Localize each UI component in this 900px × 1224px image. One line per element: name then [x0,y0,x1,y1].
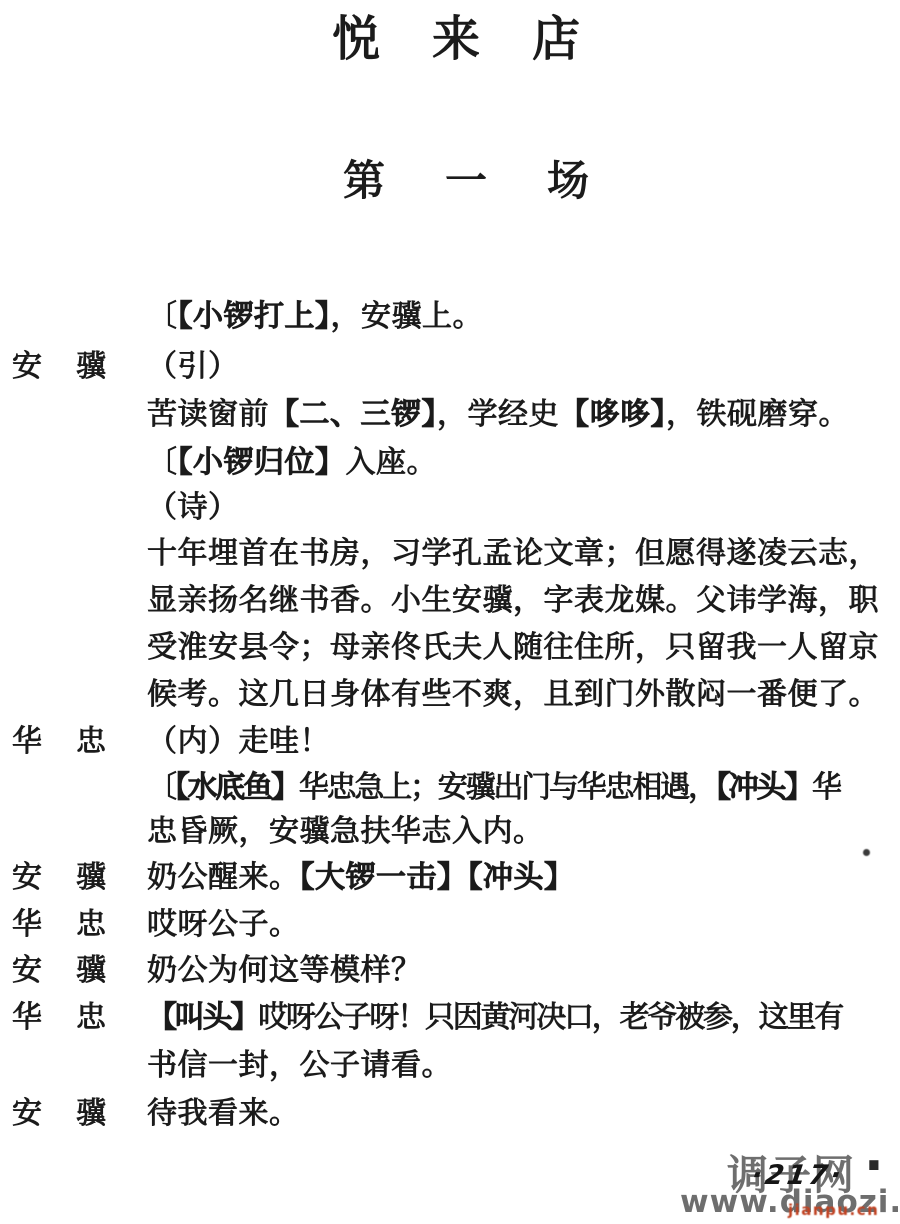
dialogue-line: 书信一封，公子请看。 [147,1049,452,1083]
line-text: 候考。这几日身体有些不爽，且到门外散闷一番便了。 [147,677,879,712]
stage-direction-line: 忠昏厥，安骥急扶华志入内。 [147,815,544,849]
percussion-notation: 【叫头】 [147,1000,258,1035]
dialogue-line: 安骥奶公醒来。【大锣一击】【冲头】 [147,861,575,895]
verse-line: 受淮安县令；母亲佟氏夫人随往住所，只留我一人留京 [147,631,879,665]
verse-line: 候考。这几日身体有些不爽，且到门外散闷一番便了。 [147,678,879,712]
line-text: 苦读窗前 [147,397,269,432]
line-text: ，学经史 [437,397,559,432]
line-text: （内）走哇！ [147,724,330,759]
speaker-name: 华忠 [12,725,140,759]
watermark-red-fragment: jianpu.cn [788,1201,879,1219]
dialogue-line: （诗） [147,491,239,525]
percussion-notation: 【哆哆】 [559,397,666,432]
line-text: 〔 [147,299,178,334]
stage-direction-line: 〔【水底鱼】华忠急上；安骥出门与华忠相遇，【冲头】华 [147,771,840,805]
stage-direction-line: 〔【小锣打上】，安骥上。 [147,300,483,334]
line-text: 受淮安县令；母亲佟氏夫人随往住所，只留我一人留京 [147,630,879,665]
line-text: （引） [147,349,239,384]
line-text: 〔 [147,445,178,480]
percussion-notation: 【小锣打上】 [178,299,331,334]
line-text: 奶公为何这等模样？ [147,953,422,988]
dialogue-line: 华忠【叫头】哎呀公子呀！只因黄河决口，老爷被参，这里有 [147,1001,842,1035]
percussion-notation: 【水底鱼】 [175,770,299,805]
speaker-name: 华忠 [12,1001,140,1035]
percussion-notation: 【二、三锣】 [269,397,437,432]
page-title: 悦来店 [6,0,900,69]
ink-speck [863,849,870,856]
line-text: 华 [812,770,840,805]
line-text: （诗） [147,490,239,525]
dialogue-line: 华忠（内）走哇！ [147,725,330,759]
line-text: 哎呀公子。 [147,907,300,942]
line-text: 十年埋首在书房，习学孔孟论文章；但愿得遂凌云志， [147,536,879,571]
line-text: 华忠急上；安骥出门与华忠相遇， [299,770,716,805]
line-text: ，铁砚磨穿。 [666,397,849,432]
verse-line: 苦读窗前【二、三锣】，学经史【哆哆】，铁砚磨穿。 [147,398,849,432]
speaker-name: 安骥 [12,350,140,384]
dialogue-line: 华忠哎呀公子。 [147,908,300,942]
line-text: 显亲扬名继书香。小生安骥，字表龙媒。父讳学海，职 [147,583,879,618]
dialogue-line: 安骥待我看来。 [147,1097,300,1131]
line-text: 书信一封，公子请看。 [147,1048,452,1083]
percussion-notation: 【大锣一击】【冲头】 [300,860,575,895]
dialogue-line: 安骥（引） [147,350,239,384]
stage-direction-line: 〔【小锣归位】入座。 [147,446,437,480]
line-text: 哎呀公子呀！只因黄河决口，老爷被参，这里有 [258,1000,842,1035]
dialogue-line: 安骥奶公为何这等模样？ [147,954,422,988]
scene-heading: 第一场 [16,148,900,208]
speaker-name: 安骥 [12,861,140,895]
line-text: ，安骥上。 [331,299,484,334]
line-text: 〔 [147,770,175,805]
line-text: 入座。 [346,445,438,480]
verse-line: 十年埋首在书房，习学孔孟论文章；但愿得遂凌云志， [147,537,879,571]
speaker-name: 安骥 [12,1097,140,1131]
line-text: 待我看来。 [147,1096,300,1131]
percussion-notation: 【小锣归位】 [178,445,346,480]
verse-line: 显亲扬名继书香。小生安骥，字表龙媒。父讳学海，职 [147,584,879,618]
line-text: 忠昏厥，安骥急扶华志入内。 [147,814,544,849]
line-text: 奶公醒来。 [147,860,300,895]
speaker-name: 华忠 [12,908,140,942]
speaker-name: 安骥 [12,954,140,988]
percussion-notation: 【冲头】 [716,770,812,805]
